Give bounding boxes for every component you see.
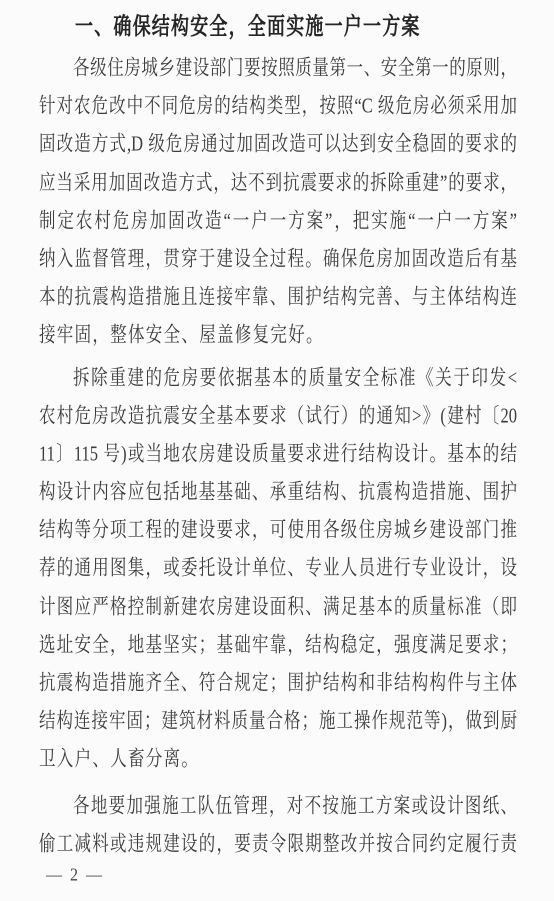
document-page: 一、确保结构安全，全面实施一户一方案 各级住房城乡建设部门要按照质量第一、安全第… bbox=[0, 0, 554, 901]
text-line: 接牢固，整体安全、屋盖修复完好。 bbox=[39, 311, 517, 360]
text-line: 卫入户、人畜分离。 bbox=[39, 735, 517, 784]
paragraph: 拆除重建的危房要依据基本的质量安全标准《关于印发< 农村危房改造抗震安全基本要求… bbox=[39, 359, 517, 779]
text-line: 偷工减料或违规建设的，要责令限期整改并按合同约定履行责 bbox=[39, 819, 517, 868]
section-heading: 一、确保结构安全，全面实施一户一方案 bbox=[75, 5, 517, 47]
page-number: — 2 — bbox=[46, 866, 104, 887]
document-body: 各级住房城乡建设部门要按照质量第一、安全第一的原则， 针对农危改中不同危房的结构… bbox=[39, 49, 517, 863]
paragraph: 各级住房城乡建设部门要按照质量第一、安全第一的原则， 针对农危改中不同危房的结构… bbox=[39, 49, 517, 355]
paragraph: 各地要加强施工队伍管理，对不按施工方案或设计图纸、 偷工减料或违规建设的，要责令… bbox=[39, 787, 517, 863]
